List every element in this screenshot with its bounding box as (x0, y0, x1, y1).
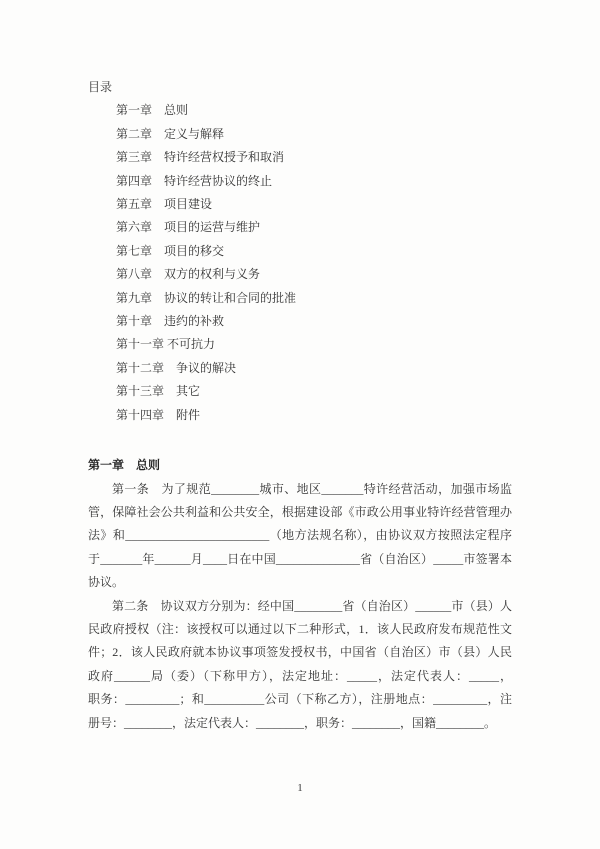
article-2-line-1: 第二条 协议双方分别为：经中国________省（自治区）______市（县）人 (88, 595, 512, 618)
toc-item-13: 第十三章 其它 (88, 380, 540, 403)
article-2-line-6: 册号：________，法定代表人：________，职务：________，国… (88, 712, 512, 735)
toc-item-3: 第三章 特许经营权授予和取消 (88, 146, 540, 169)
article-1-line-3: 法》和________________________（地方法规名称），由协议双… (88, 524, 512, 547)
document-body: 目录 第一章 总则 第二章 定义与解释 第三章 特许经营权授予和取消 第四章 特… (88, 76, 512, 735)
toc-item-2: 第二章 定义与解释 (88, 123, 540, 146)
article-1-line-1: 第一条 为了规范________城市、地区_______特许经营活动，加强市场监 (88, 478, 512, 501)
document-page: 目录 第一章 总则 第二章 定义与解释 第三章 特许经营权授予和取消 第四章 特… (0, 0, 600, 849)
toc-item-7: 第七章 项目的移交 (88, 240, 540, 263)
toc-item-1: 第一章 总则 (88, 99, 540, 122)
article-2-line-3: 件；2．该人民政府就本协议事项签发授权书，中国省（自治区）市（县）人民 (88, 641, 512, 664)
toc-item-5: 第五章 项目建设 (88, 193, 540, 216)
toc-item-12: 第十二章 争议的解决 (88, 357, 540, 380)
article-2-line-5: 职务：_________；和__________公司（下称乙方），注册地点：__… (88, 688, 512, 711)
article-1-line-2: 管，保障社会公共利益和公共安全，根据建设部《市政公用事业特许经营管理办 (88, 501, 512, 524)
article-2-line-4: 政府______局（委）（下称甲方），法定地址：_____，法定代表人：____… (88, 665, 512, 688)
toc-item-8: 第八章 双方的权利与义务 (88, 263, 540, 286)
section-gap (88, 427, 512, 454)
toc-item-14: 第十四章 附件 (88, 404, 540, 427)
page-number: 1 (0, 782, 600, 794)
toc-item-6: 第六章 项目的运营与维护 (88, 216, 540, 239)
article-1-line-5: 协议。 (88, 571, 512, 594)
chapter-1-heading: 第一章 总则 (88, 454, 512, 477)
article-1-line-4: 于_______年______月____日在中国______________省（… (88, 548, 512, 571)
toc-item-11: 第十一章 不可抗力 (88, 333, 540, 356)
article-2-line-2: 民政府授权（注：该授权可以通过以下二种形式，1．该人民政府发布规范性文 (88, 618, 512, 641)
toc-item-10: 第十章 违约的补救 (88, 310, 540, 333)
toc-heading: 目录 (88, 76, 512, 99)
toc-item-4: 第四章 特许经营协议的终止 (88, 170, 540, 193)
toc-item-9: 第九章 协议的转让和合同的批准 (88, 287, 540, 310)
